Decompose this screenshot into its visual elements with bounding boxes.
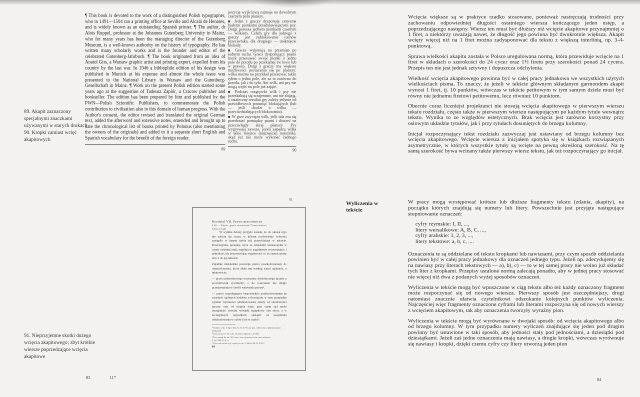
right-column-top: Wcięcia większe są w praktyce rzadko sto… — [408, 14, 624, 158]
margin-note-91: 91. Nieprzyjemne skutki dużego wcięcia a… — [24, 332, 96, 360]
figure-90-paragraph: ■ Gracze wykonują na przemian po jednym … — [228, 48, 296, 88]
figure-91-frame: Rozdział VII. Prawo pracownicze § 66. — … — [192, 207, 306, 371]
right-column-section: W pracy mogą występować krótsze lub dłuż… — [408, 199, 624, 351]
figure-91-footnotes: ¹ Ustawa z dn. 2 lipca (Dz. U. R. P. Nr … — [212, 327, 287, 345]
book-scan-spread: 89. Akapit zaznaczony specjalnymi znaczk… — [0, 0, 640, 397]
enumeration-item: litery tekstowe: a, b, c, .... — [415, 238, 624, 244]
body-paragraph: Wielkość wcięcia akapitowego powinna być… — [408, 75, 624, 98]
page-left-footer: 8311* — [86, 375, 136, 380]
section-heading-margin: Wyliczenia w tekście — [346, 200, 393, 213]
figure-89-text: ¶ This book is devoted to the work of a … — [85, 13, 225, 141]
figure-91-paragraph: — prawo jednostkowego roszczenia dochodz… — [212, 277, 287, 290]
figure-91-content: Rozdział VII. Prawo pracownicze § 66. — … — [212, 220, 287, 348]
figure-91-paragraph: W wyniku debaty przyjęto zasadę, że do o… — [212, 230, 287, 260]
figure-90-sample: pozycję wyjściową zajmuje na dowolnym cz… — [228, 10, 296, 153]
signature-mark: 11* — [110, 375, 116, 380]
margin-notes-top: 89. Akapit zaznaczony specjalnymi znaczk… — [24, 108, 92, 143]
body-paragraph: Sprawa wielkości akapitu została w Polsc… — [408, 53, 624, 70]
body-paragraph: Inicjał rozpoczynający tekst rozdziału z… — [408, 131, 624, 154]
body-paragraph: Obecnie coraz liczniejsi projektanci nie… — [408, 103, 624, 126]
figure-90-paragraph: ■ Podczas rozgrywki wilk i psy nie przes… — [228, 90, 296, 114]
scan-gutter-smudge — [252, 0, 332, 8]
body-paragraph: Wyliczenia w tekście mogą być wpuszczone… — [408, 284, 624, 313]
figure-90-paragraph: ■ W grze zwycięża wilk, jeśli uda mu się… — [228, 115, 296, 143]
figure-89-sample: ¶ This book is devoted to the work of a … — [85, 13, 225, 152]
body-paragraph: Oznaczenia te są oddzielane od tekstu kr… — [408, 251, 624, 280]
figure-90-page-number: 90 — [228, 147, 296, 153]
enumeration-list: cyfry rzymskie: I, II, ..., litery wersa… — [415, 221, 624, 244]
figure-91-label: 91 — [289, 198, 299, 202]
page-84-number: 84 — [597, 377, 617, 382]
figure-91-body: W wyniku debaty przyjęto zasadę, że do o… — [212, 230, 287, 322]
body-paragraph: Wyliczenia w tekście mogą być wyrównane … — [408, 318, 624, 347]
figure-91-paragraph: — prawo przysługujące bezpośrednio poszk… — [212, 291, 287, 321]
margin-note-90: 90. Kropki zamiast wcięć akapitowych — [24, 129, 92, 143]
figure-90-paragraph: pozycję wyjściową zajmuje na dowolnym cz… — [228, 10, 296, 18]
section-intro-paragraph: W pracy mogą występować krótsze lub dłuż… — [408, 199, 624, 216]
figure-91-paragraph: Zupełnie niezależnie pozostaje prawo pos… — [212, 262, 287, 275]
body-paragraph: Wcięcia większe są w praktyce rzadko sto… — [408, 14, 624, 49]
figure-90-paragraph: ■ Jeden z graczy dysponuje czterema biał… — [228, 19, 296, 47]
figure-89-page-number: 89 — [85, 145, 225, 152]
figure-91-page-number: 84 — [212, 345, 287, 348]
page-83-number: 83 — [86, 375, 90, 380]
margin-note-89-90: 89. Akapit zaznaczony specjalnymi znaczk… — [24, 108, 92, 129]
